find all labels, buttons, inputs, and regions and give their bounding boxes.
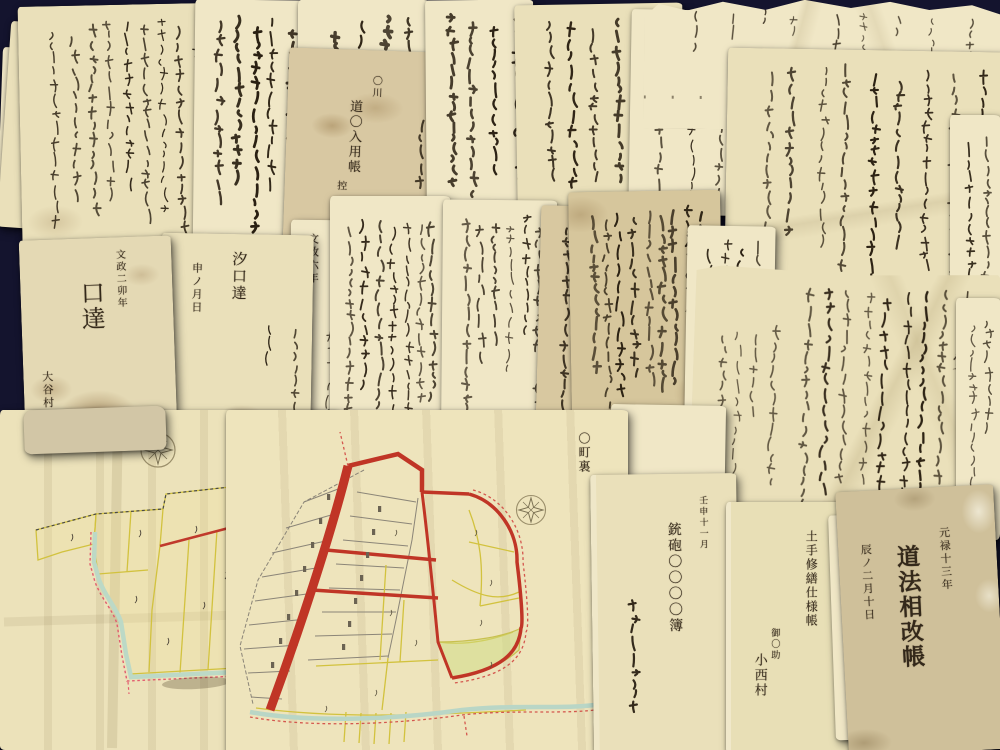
map-right-title: 〇町裏 (578, 432, 590, 474)
map-right: 〇町裏 (226, 410, 628, 750)
gun-booklet-title: 銃砲〇〇〇〇簿 (667, 521, 683, 633)
dohou-booklet-title: 道法相改帳 (893, 544, 923, 670)
dote-booklet-village: 小西村 (753, 653, 766, 698)
red-roads (270, 454, 522, 710)
dohou-booklet-date: 辰ノ二月十日 (860, 544, 875, 622)
strip-parcel-grid (240, 470, 418, 704)
dohou-booklet-era: 元禄十三年 (938, 526, 952, 591)
ink-smudge (162, 675, 231, 691)
photo-stage: 〇川 道〇入用帳 控 文政六年 汐口達 申 (0, 0, 1000, 750)
signature-column (620, 592, 644, 721)
travel-booklet-river: 〇川 (370, 75, 381, 99)
booklet-dohou: 元禄十三年 道法相改帳 辰ノ二月十日 (835, 484, 1000, 750)
cursive-columns (337, 206, 443, 440)
parcel-fills (36, 482, 254, 674)
kuchitatsu-village: 大谷村 (41, 370, 53, 409)
dote-booklet-office: 御〇助 (769, 628, 778, 661)
kuchitatsu-era: 文政二卯年 (113, 249, 125, 309)
cursive-entry-columns (448, 209, 550, 431)
gun-booklet-date: 壬申十一月 (697, 496, 707, 551)
map-right-drawing (226, 410, 628, 750)
travel-booklet-mark: 控 (335, 180, 345, 192)
booklet-gun: 壬申十一月 銃砲〇〇〇〇簿 (590, 473, 740, 750)
shio-title: 汐口達 (231, 251, 247, 302)
stream (250, 704, 602, 719)
compass-icon (517, 496, 546, 525)
travel-booklet-title: 道〇入用帳 (346, 99, 362, 174)
dote-booklet-title: 土手修繕仕様帳 (805, 530, 817, 628)
booklet-kuchitatsu: 文政二卯年 口達 大谷村 (19, 235, 178, 432)
booklet-kuchitatsu-bottom-edge (23, 406, 166, 455)
red-dashed-boundaries (250, 432, 602, 736)
kuchitatsu-title: 口達 (78, 280, 104, 333)
parcel-house-marks (271, 494, 381, 668)
shio-date: 申ノ月日 (191, 263, 203, 315)
